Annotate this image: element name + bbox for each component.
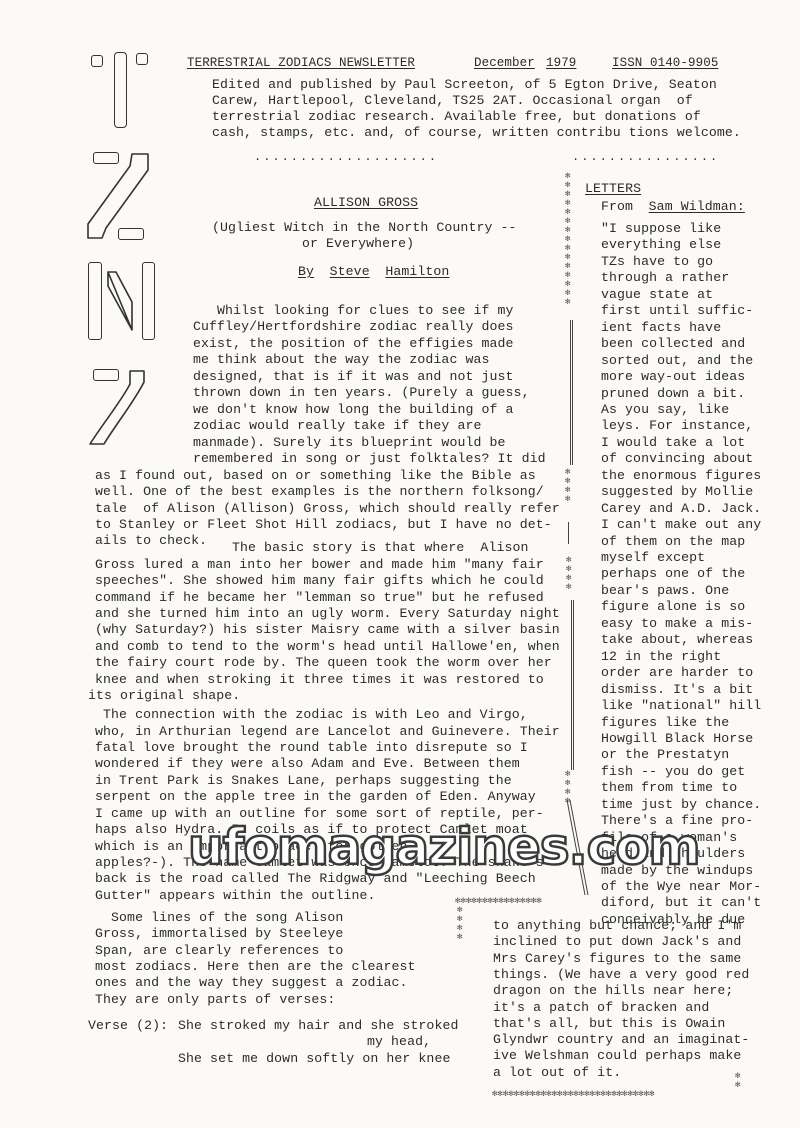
letter-line: Mrs Carey's figures to the same (493, 951, 741, 967)
letter-line: vague state at (601, 287, 713, 303)
article-title: ALLISON GROSS (314, 195, 418, 211)
article-line: Span, are clearly references to (95, 943, 343, 959)
letter-line: figure alone is so (601, 599, 745, 615)
logo-letter-t-right-block (136, 53, 148, 65)
article-line: the fairy court rode by. The queen took … (95, 655, 552, 671)
article-line: ones and the way they suggest a zodiac. (95, 975, 408, 991)
article-line: serpent on the apple tree in the garden … (95, 789, 536, 805)
article-line: we don't know how long the building of a (193, 402, 514, 418)
letter-line: bear's paws. One (601, 583, 729, 599)
letter-line: pruned down a bit. (601, 386, 745, 402)
letter-line: more way-out ideas (601, 369, 745, 385)
article-line: tale of Alison (Allison) Gross, which sh… (95, 501, 560, 517)
article-line: Gross lured a man into her bower and mad… (95, 557, 544, 573)
from-name: Sam Wildman: (649, 199, 745, 214)
letter-line: take about, whereas (601, 632, 753, 648)
letter-line: everything else (601, 237, 721, 253)
letter-line: As you say, like (601, 402, 729, 418)
letter-line: myself except (601, 550, 705, 566)
article-line: Some lines of the song Alison (95, 910, 343, 926)
article-line: Cuffley/Hertfordshire zodiac really does (193, 319, 514, 335)
letter-line: of them on the map (601, 534, 745, 550)
logo-letter-n-left-stem (88, 262, 102, 340)
article-line: command if he became her "lemman so true… (95, 590, 544, 606)
article-line: zodiac would really take if they are (193, 418, 482, 434)
article-line: ails to check. (95, 533, 207, 549)
issue-month: December (474, 55, 535, 71)
letter-line: through a rather (601, 270, 729, 286)
article-line: The connection with the zodiac is with L… (95, 707, 528, 723)
letter-line: that's all, but this is Owain (493, 1016, 725, 1032)
letter-from: From Sam Wildman: (601, 197, 745, 215)
letter-line: of the Wye near Mor- (601, 879, 761, 895)
byline-last-name: Hamilton (385, 264, 449, 279)
letter-line: like "national" hill (601, 698, 761, 714)
letter-line: inclined to put down Jack's and (493, 934, 741, 950)
article-line: (why Saturday?) his sister Maisry came w… (95, 622, 560, 638)
letter-line: Glyndwr country and an imaginat- (493, 1032, 749, 1048)
letter-line: fish -- you do get (601, 764, 745, 780)
letter-line: been collected and (601, 336, 745, 352)
logo-letter-n-right-stem (142, 262, 155, 340)
byline-first-name: Steve (330, 264, 370, 279)
article-line: to Stanley or Fleet Shot Hill zodiacs, b… (95, 517, 552, 533)
article-line: thrown down in ten years. (Purely a gues… (193, 385, 530, 401)
star-divider-horizontal: ✻✻✻✻✻✻✻✻✻✻✻✻✻✻✻✻ (455, 897, 542, 906)
article-line: and she turned him into an ugly worm. Ev… (95, 606, 560, 622)
issn-number: ISSN 0140-9905 (612, 55, 718, 71)
article-line: fatal love brought the round table into … (95, 740, 528, 756)
letter-line: ient facts have (601, 320, 721, 336)
logo-letter-z-bottom-block (118, 228, 144, 240)
article-byline: By Steve Hamilton (298, 262, 449, 280)
intro-line: Edited and published by Paul Screeton, o… (212, 77, 717, 93)
star-divider-end-vertical: ✻ ✻ (735, 1072, 744, 1090)
article-line: its original shape. (88, 688, 240, 704)
letter-line: dismiss. It's a bit (601, 682, 753, 698)
article-line: They are only parts of verses: (95, 992, 335, 1008)
column-rule (573, 600, 574, 770)
logo-letter-t-stem (114, 52, 127, 128)
article-line: wondered if they were also Adam and Eve.… (95, 756, 520, 772)
letter-line: "I suppose like (601, 221, 721, 237)
article-line: Gross, immortalised by Steeleye (95, 926, 343, 942)
letter-line: TZs have to go (601, 254, 713, 270)
article-line: as I found out, based on or something li… (95, 468, 536, 484)
star-divider-bottom: ✻✻✻✻✻✻✻✻✻✻✻✻✻✻✻✻✻✻✻✻✻✻✻✻✻✻✻✻✻✻ (492, 1090, 655, 1099)
article-line: The basic story is that where Alison (232, 540, 529, 556)
dotted-separator-right: ................ (572, 150, 719, 164)
column-rule (572, 320, 573, 465)
issue-year: 1979 (546, 55, 576, 71)
letter-line: diford, but it can't (601, 895, 761, 911)
letter-line: 12 in the right (601, 649, 721, 665)
verse-line: She set me down softly on her knee (178, 1051, 450, 1067)
article-line: Whilst looking for clues to see if my (193, 303, 514, 319)
column-rule (571, 600, 572, 770)
verse-line: my head, (367, 1034, 431, 1050)
newsletter-title: TERRESTRIAL ZODIACS NEWSLETTER (187, 55, 415, 71)
intro-line: cash, stamps, etc. and, of course, writt… (212, 125, 741, 141)
letter-line: figures like the (601, 715, 729, 731)
verse-line: She stroked my hair and she stroked (178, 1018, 458, 1034)
logo-letter-n-diagonal (106, 270, 146, 340)
star-divider-vertical-mid: ✻ ✻ ✻ ✻ (565, 468, 574, 504)
letter-line: Howgill Black Horse (601, 731, 753, 747)
article-line: most zodiacs. Here then are the clearest (95, 959, 416, 975)
watermark: ufomagazines.com (188, 818, 700, 876)
article-line: Gutter" appears within the outline. (95, 888, 375, 904)
intro-line: terrestrial zodiac research. Available f… (212, 109, 701, 125)
star-divider-vertical-mid2: ✻ ✻ ✻ ✻ (566, 556, 575, 592)
from-label: From (601, 199, 633, 214)
dotted-separator-left: .................... (254, 150, 438, 164)
verse-label: Verse (2): (88, 1018, 168, 1034)
letter-line: Carey and A.D. Jack. (601, 501, 761, 517)
letter-line: of convincing about (601, 451, 753, 467)
letter-line: them from time to (601, 780, 737, 796)
letter-line: or the Prestatyn (601, 747, 729, 763)
article-subtitle-line: or Everywhere) (302, 236, 414, 252)
star-divider-vertical-small: ✻ ✻ ✻ ✻ (457, 906, 466, 942)
letter-line: suggested by Mollie (601, 484, 753, 500)
article-line: speeches". She showed him many fair gift… (95, 573, 544, 589)
letter-line: perhaps one of the (601, 566, 745, 582)
byline-by: By (298, 264, 314, 279)
letter-line: first until suffic- (601, 303, 753, 319)
article-line: exist, the position of the effigies made (193, 336, 514, 352)
letter-line: leys. For instance, (601, 418, 753, 434)
column-rule (568, 522, 569, 544)
letter-line: easy to make a mis- (601, 616, 753, 632)
logo-digit-7-stroke (86, 368, 166, 448)
letter-line: to anything but chance; and I'm (493, 918, 741, 934)
article-line: in Trent Park is Snakes Lane, perhaps su… (95, 773, 512, 789)
article-line: remembered in song or just folktales? It… (193, 451, 546, 467)
letters-heading: LETTERS (585, 181, 641, 197)
letter-line: I can't make out any (601, 517, 761, 533)
article-line: designed, that is if it was and not just (193, 369, 514, 385)
star-divider-vertical-top: ✻ ✻ ✻ ✻ ✻ ✻ ✻ ✻ ✻ ✻ ✻ ✻ ✻ ✻ ✻ (565, 172, 574, 307)
column-rule (570, 320, 571, 465)
letter-line: sorted out, and the (601, 353, 753, 369)
article-subtitle-line: (Ugliest Witch in the North Country -- (212, 220, 517, 236)
letter-line: dragon on the hills near here; (493, 983, 733, 999)
article-line: who, in Arthurian legend are Lancelot an… (95, 724, 560, 740)
letter-line: I would take a lot (601, 435, 745, 451)
masthead-logo (86, 52, 166, 432)
letter-line: order are harder to (601, 665, 753, 681)
letter-line: a lot out of it. (493, 1065, 621, 1081)
letter-line: the enormous figures (601, 468, 761, 484)
article-line: well. One of the best examples is the no… (95, 484, 544, 500)
letter-line: time just by chance. (601, 797, 761, 813)
letter-line: it's a patch of bracken and (493, 1000, 709, 1016)
letter-line: ive Welshman could perhaps make (493, 1048, 741, 1064)
article-line: manmade). Surely its blueprint would be (193, 435, 506, 451)
intro-line: Carew, Hartlepool, Cleveland, TS25 2AT. … (212, 93, 693, 109)
letter-line: things. (We have a very good red (493, 967, 749, 983)
article-line: and comb to tend to the worm's head unti… (95, 639, 560, 655)
logo-letter-t-left-block (91, 55, 103, 67)
article-line: knee and when stroking it three times it… (95, 672, 544, 688)
article-line: me think about the way the zodiac was (193, 352, 490, 368)
